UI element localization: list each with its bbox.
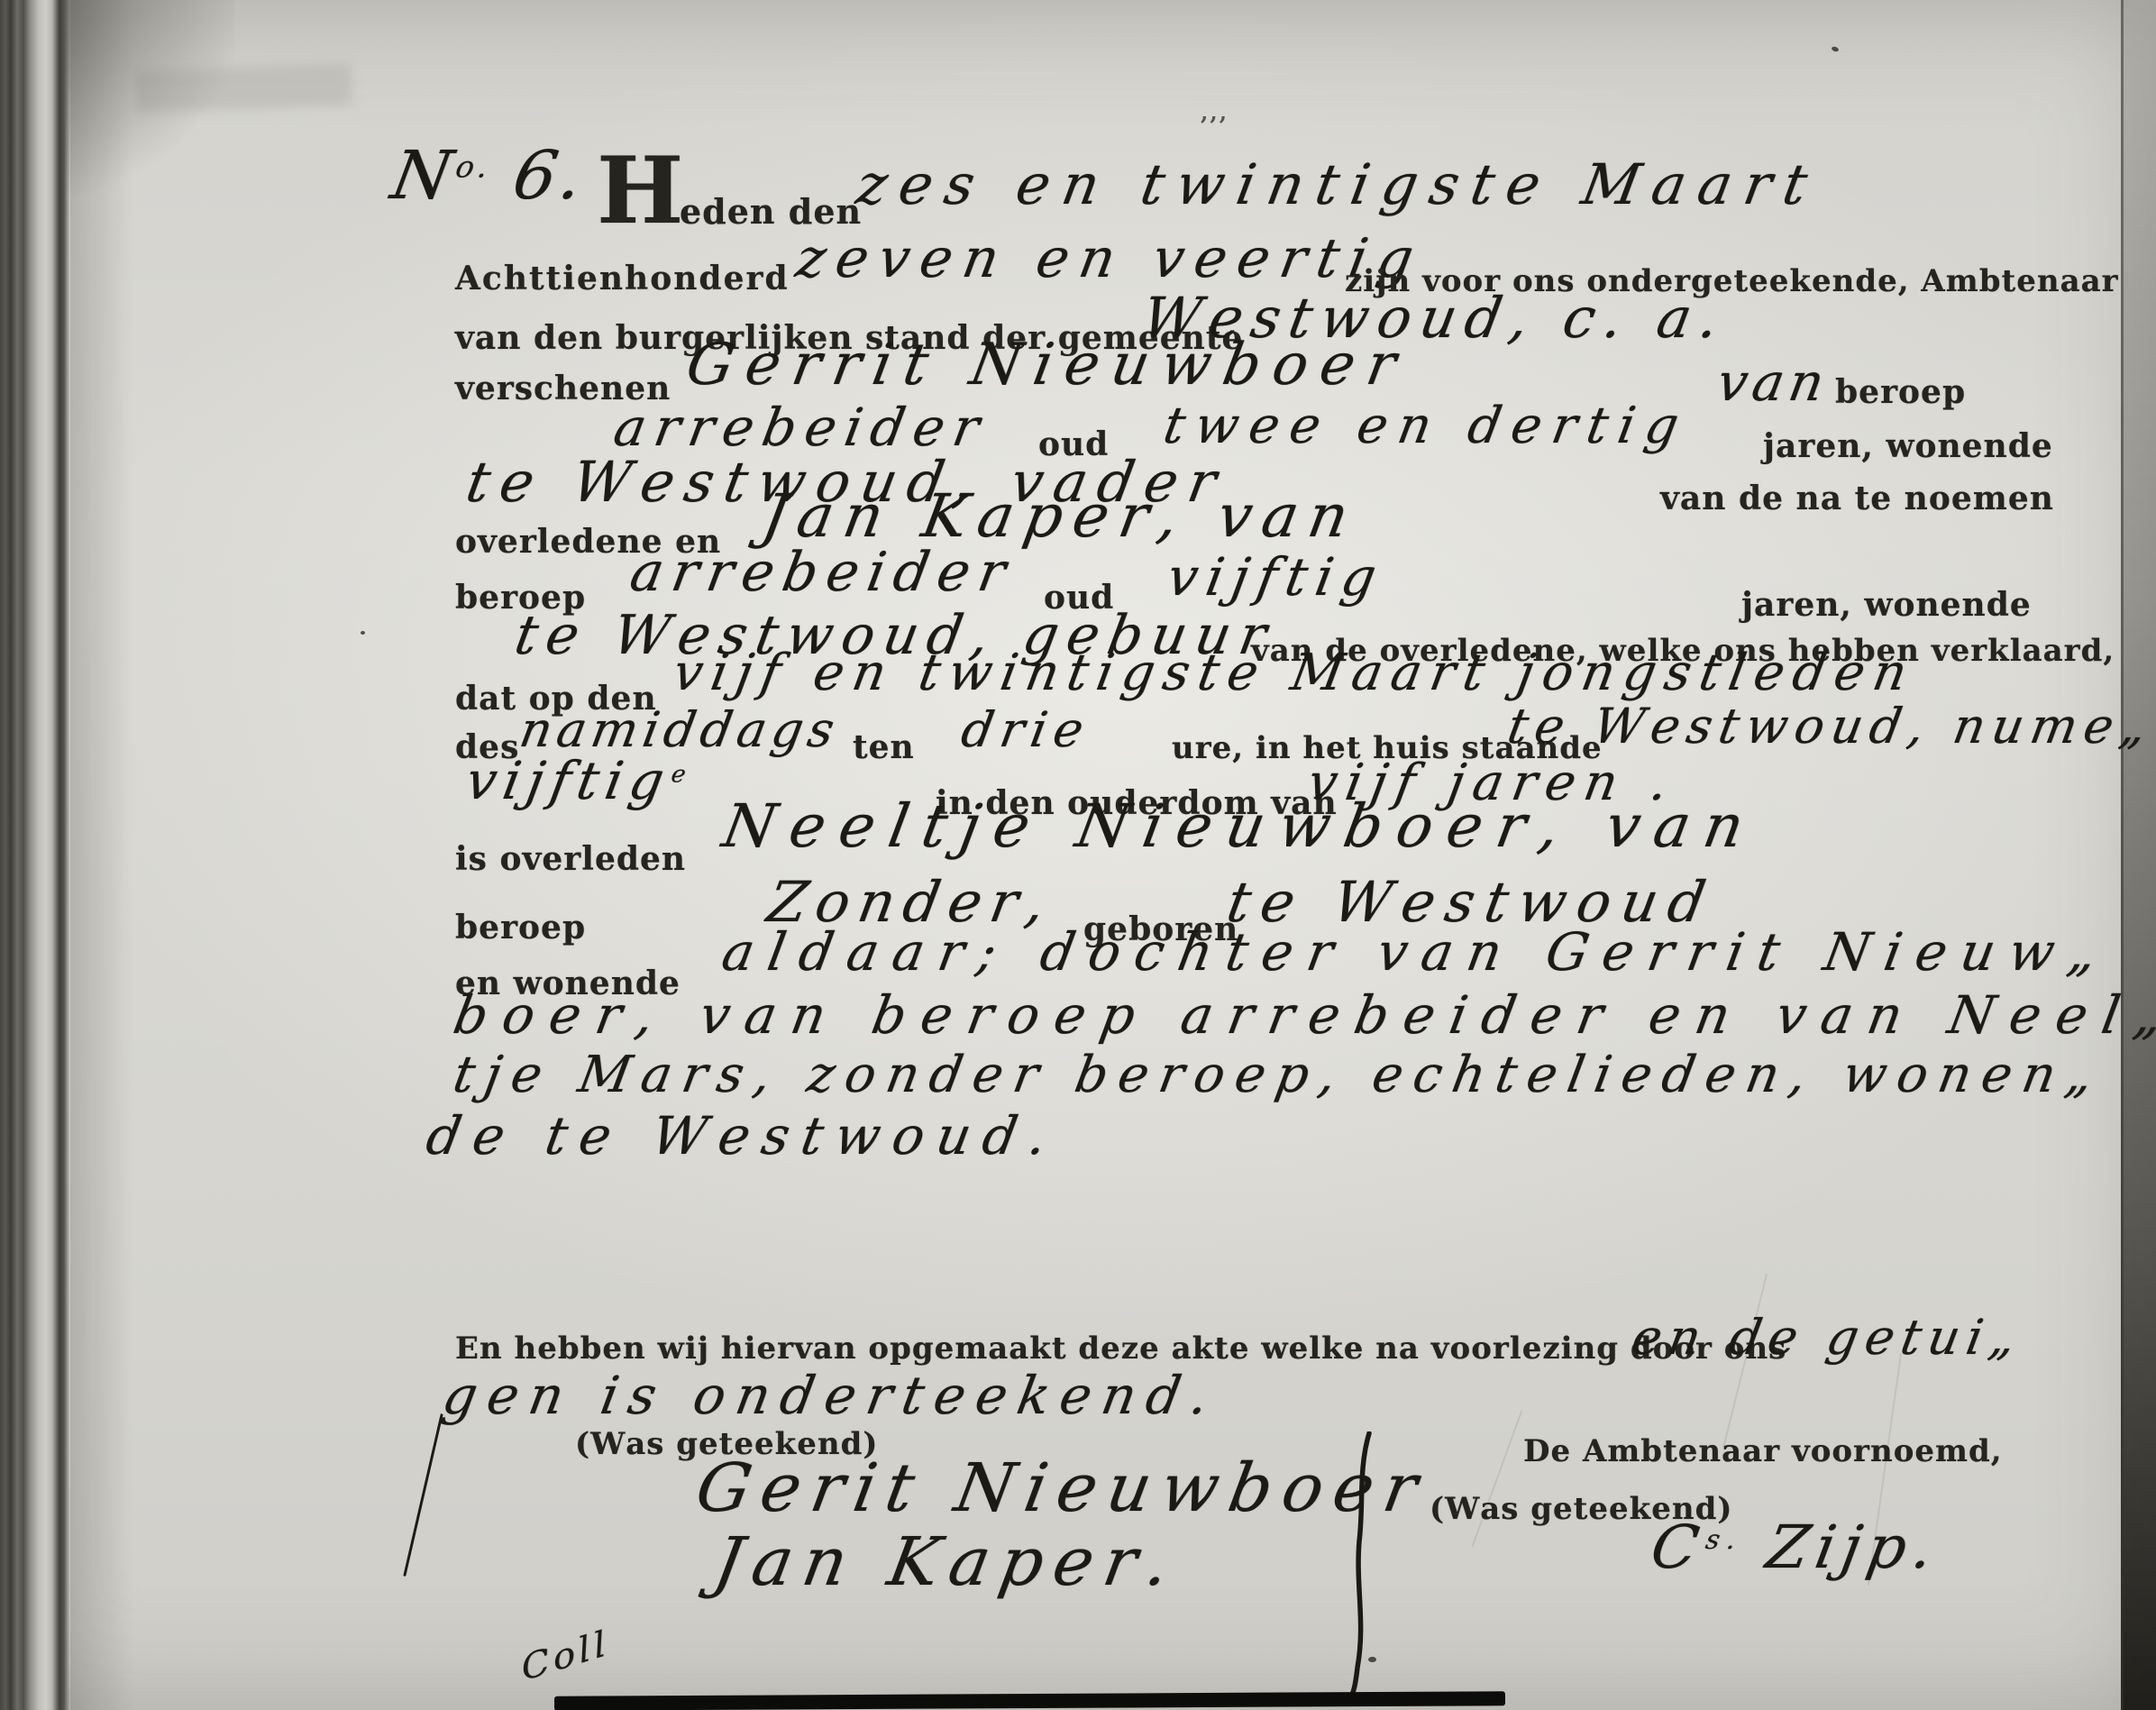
handwritten-daughter-line-2: boer, van beroep arrebeider en van Neel„ [449, 984, 2156, 1046]
handwritten-house-number: vijftige [461, 750, 697, 811]
handwritten-declarant2-occupation: arrebeider [626, 541, 1019, 604]
next-entry-edge [554, 1691, 1505, 1710]
printed-achttienhonderd: Achttienhonderd [455, 260, 790, 297]
handwritten-daughter-line-3: tje Mars, zonder beroep, echtelieden, wo… [449, 1046, 2108, 1104]
handwritten-death-date: vijf en twintigste Maart jongstleden [669, 644, 1920, 702]
printed-is-overleden: is overleden [455, 840, 686, 878]
book-spine [0, 0, 70, 1710]
printed-jaren-wonende-2: jaren, wonende [1741, 586, 2032, 624]
printed-na-te-noemen: van de na te noemen [1660, 480, 2054, 517]
house-number-sup: e [669, 762, 695, 789]
handwritten-year: zeven en veertig [791, 227, 1429, 290]
act-number-n: N [386, 137, 461, 215]
signature-brace [1345, 1431, 1381, 1702]
ink-speck [1368, 1657, 1376, 1662]
printed-closing-clause: En hebben wij hiervan opgemaakt deze akt… [455, 1331, 1786, 1367]
registrar-initial: C [1646, 1513, 1711, 1582]
page-edge-shadow [2121, 0, 2156, 1710]
handwritten-deceased-name: Neeltje Nieuwboer, van [717, 791, 1763, 861]
handwritten-coll-note: Coll [518, 1623, 611, 1689]
signature-registrar: Cs. Zijp. [1646, 1513, 1945, 1582]
handwritten-daughter-line-1: aldaar; dochter van Gerrit Nieuw„ [717, 921, 2115, 983]
book-spine-shade [70, 0, 133, 1710]
house-number-base: vijftig [461, 750, 676, 811]
printed-ambtenaar-voornoemd: De Ambtenaar voornoemd, [1523, 1433, 2003, 1469]
printed-heden-den: eden den [680, 191, 862, 232]
registrar-sup: s. [1704, 1524, 1746, 1556]
printed-beroep-1: beroep [1835, 373, 1966, 411]
signature-declarant1: Gerit Nieuwboer [690, 1449, 1434, 1527]
handwritten-declarant1-age: twee en dertig [1159, 397, 1694, 455]
registrar-surname: Zijp. [1735, 1513, 1945, 1582]
printed-ten: ten [853, 728, 915, 766]
ink-speck [361, 631, 365, 635]
death-record-scan: No. 6. H eden den zes en twintigste Maar… [0, 0, 2156, 1710]
handwritten-declarant2-age: vijftig [1163, 546, 1390, 608]
handwritten-closing-1: en de getui„ [1628, 1309, 2027, 1366]
faint-stamp-smudge [134, 64, 352, 113]
handwritten-death-place: te Westwoud, nume„ [1503, 698, 2156, 754]
act-number-digit: 6. [482, 137, 591, 215]
printed-jaren-wonende-1: jaren, wonende [1763, 427, 2053, 465]
handwritten-daughter-line-4: de te Westwoud. [422, 1105, 1064, 1166]
printed-beroep-3: beroep [455, 909, 586, 946]
flourish-tail [403, 1413, 443, 1577]
handwritten-closing-2: gen is onderteekend. [438, 1365, 1224, 1426]
ink-speck [1831, 46, 1839, 52]
handwritten-hour: drie [957, 701, 1095, 758]
act-number: No. 6. [386, 137, 592, 215]
heden-initial: H [597, 137, 684, 245]
signature-declarant2: Jan Kaper. [708, 1523, 1186, 1601]
handwritten-van: van [1713, 352, 1834, 413]
handwritten-declarant1-name: Gerrit Nieuwboer [681, 332, 1413, 398]
stray-ink-marks: ,,, [1201, 99, 1229, 125]
handwritten-record-date: zes en twintigste Maart [852, 151, 1824, 217]
